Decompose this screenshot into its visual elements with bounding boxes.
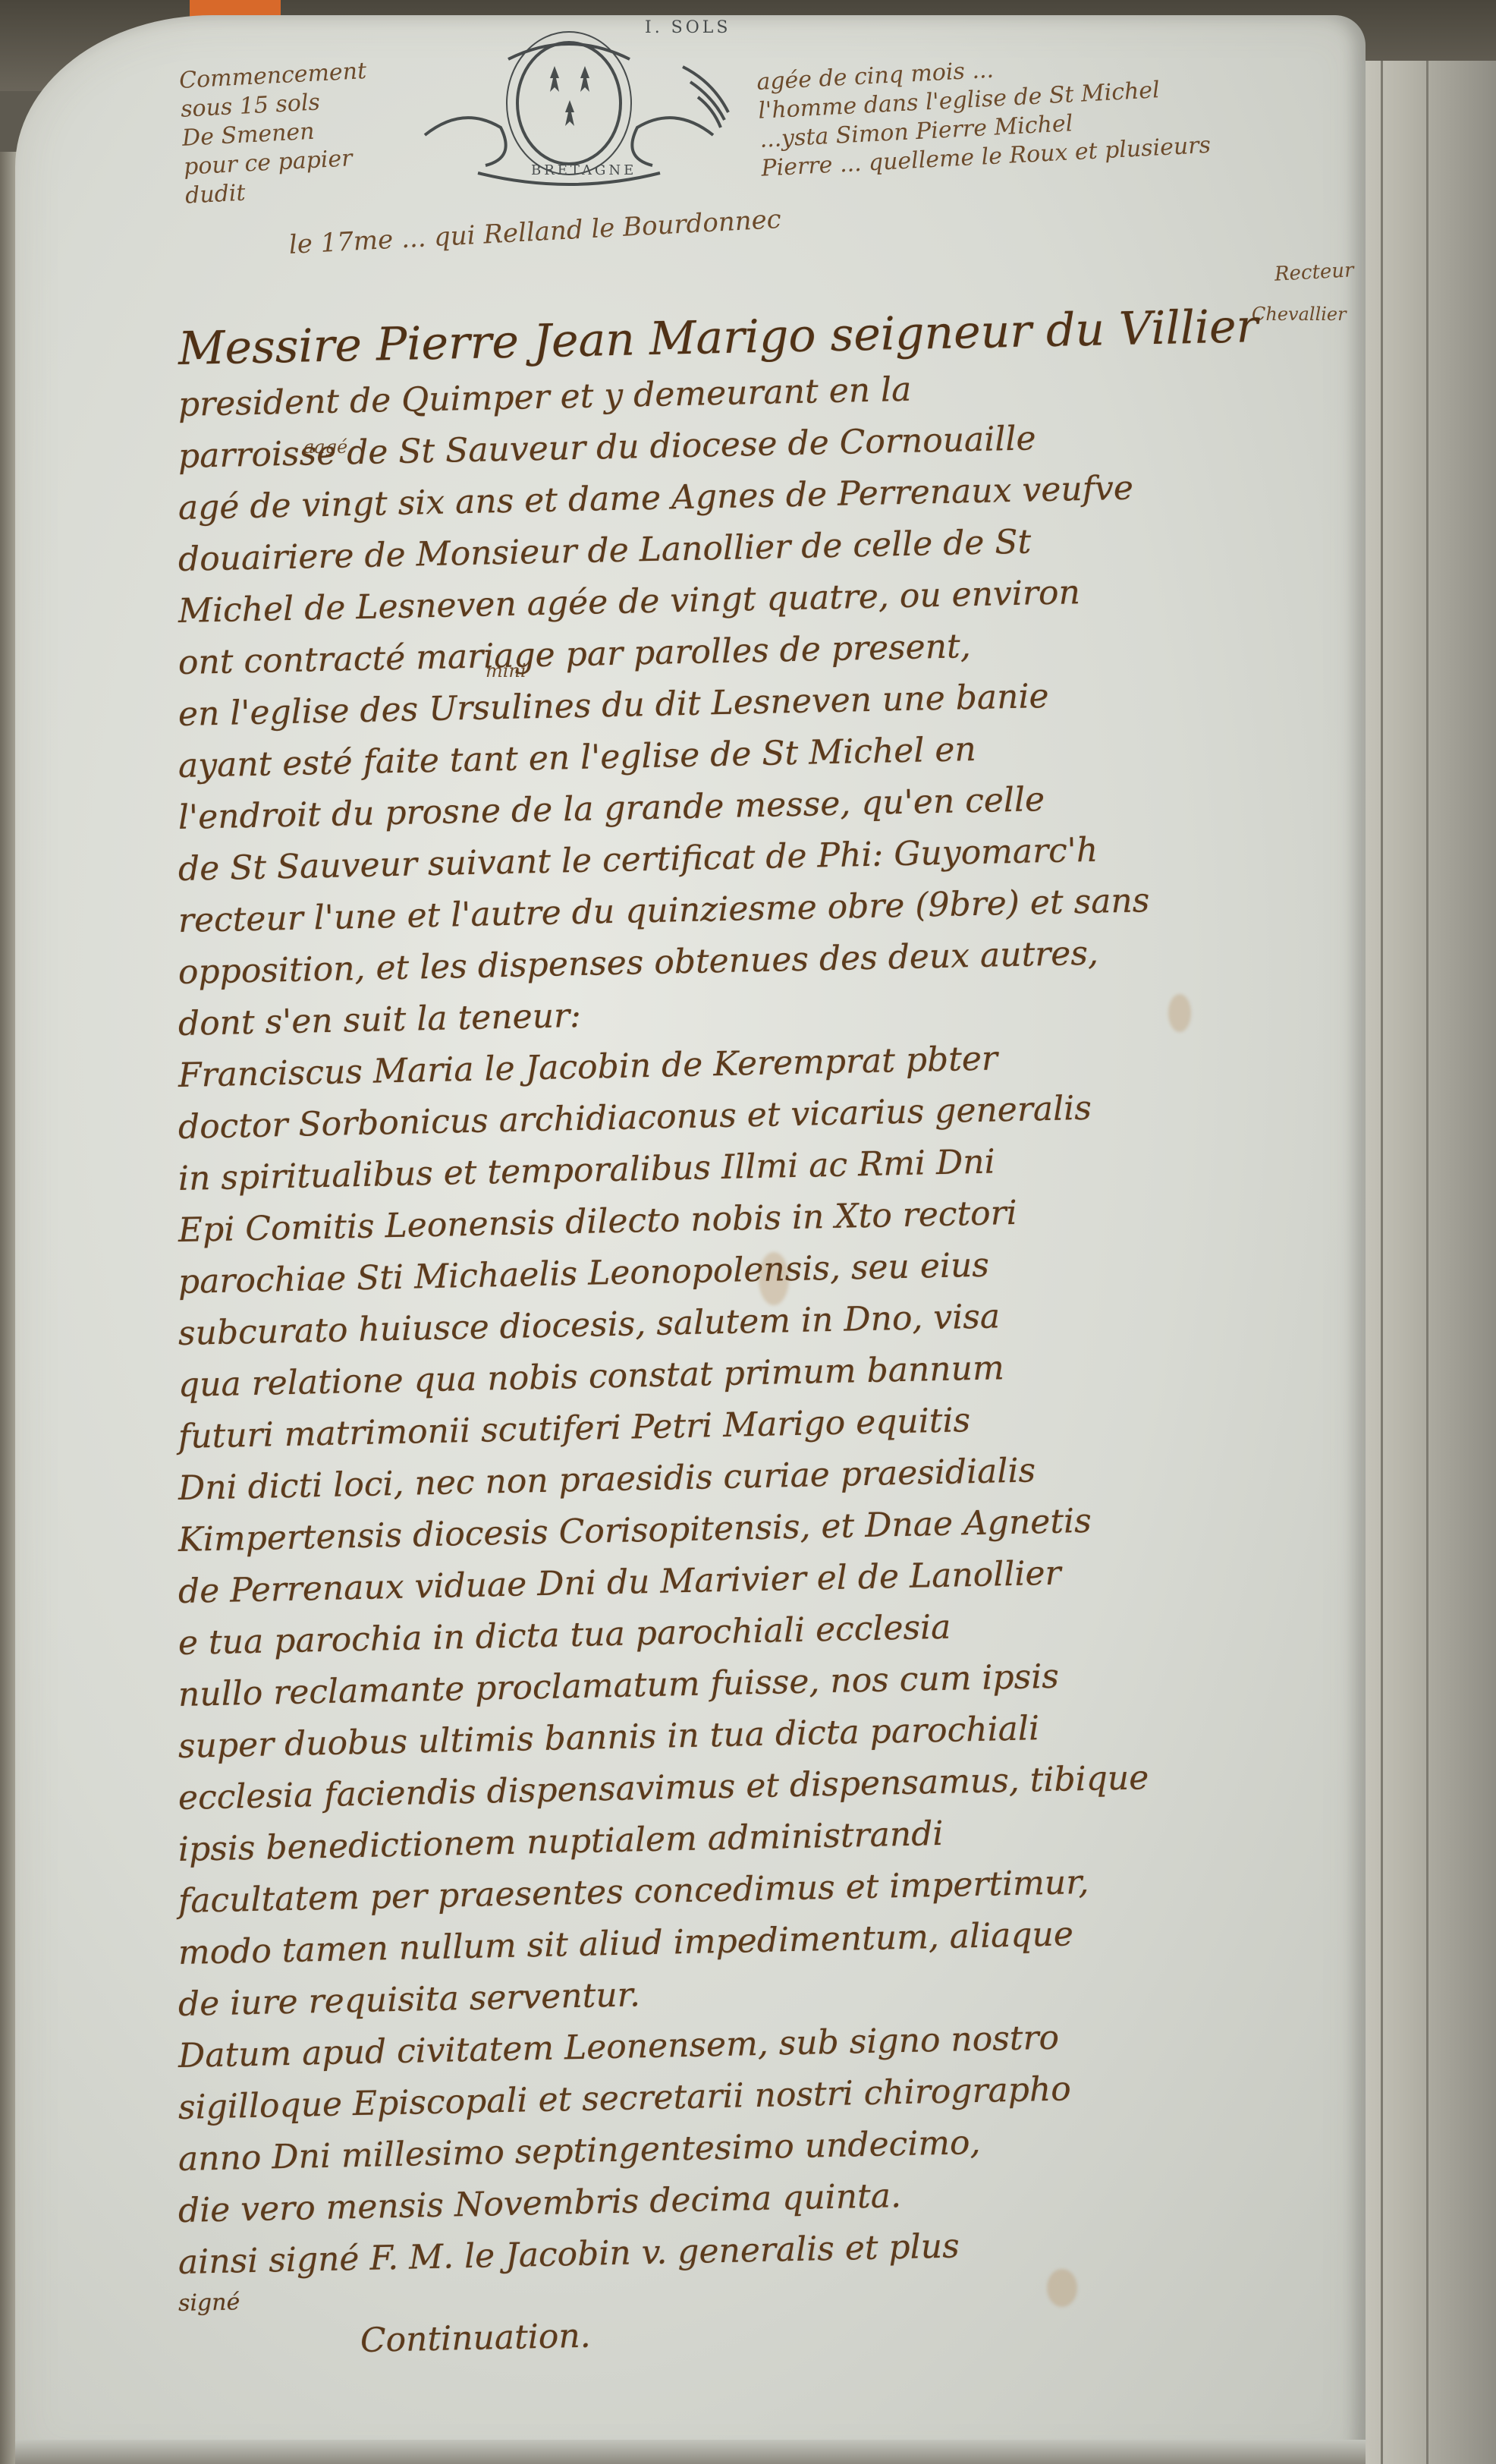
page-edge xyxy=(1426,61,1428,2464)
left-margin-note: Commencement sous 15 sols De Smenen pour… xyxy=(178,55,413,210)
recteur-signature: Recteur xyxy=(1274,256,1354,288)
page-bottom-edge xyxy=(15,2440,1366,2464)
tax-stamp: I. SOLS BRETAGNE xyxy=(394,14,743,188)
stamp-region-label: BRETAGNE xyxy=(531,162,636,178)
stamp-price-label: I. SOLS xyxy=(645,18,731,37)
signature-text: Recteur xyxy=(1274,256,1354,288)
register-entry-body: Messire Pierre Jean Marigo seigneur du V… xyxy=(178,319,1362,2371)
book-spine xyxy=(0,152,17,2464)
page-edge xyxy=(1381,61,1383,2464)
